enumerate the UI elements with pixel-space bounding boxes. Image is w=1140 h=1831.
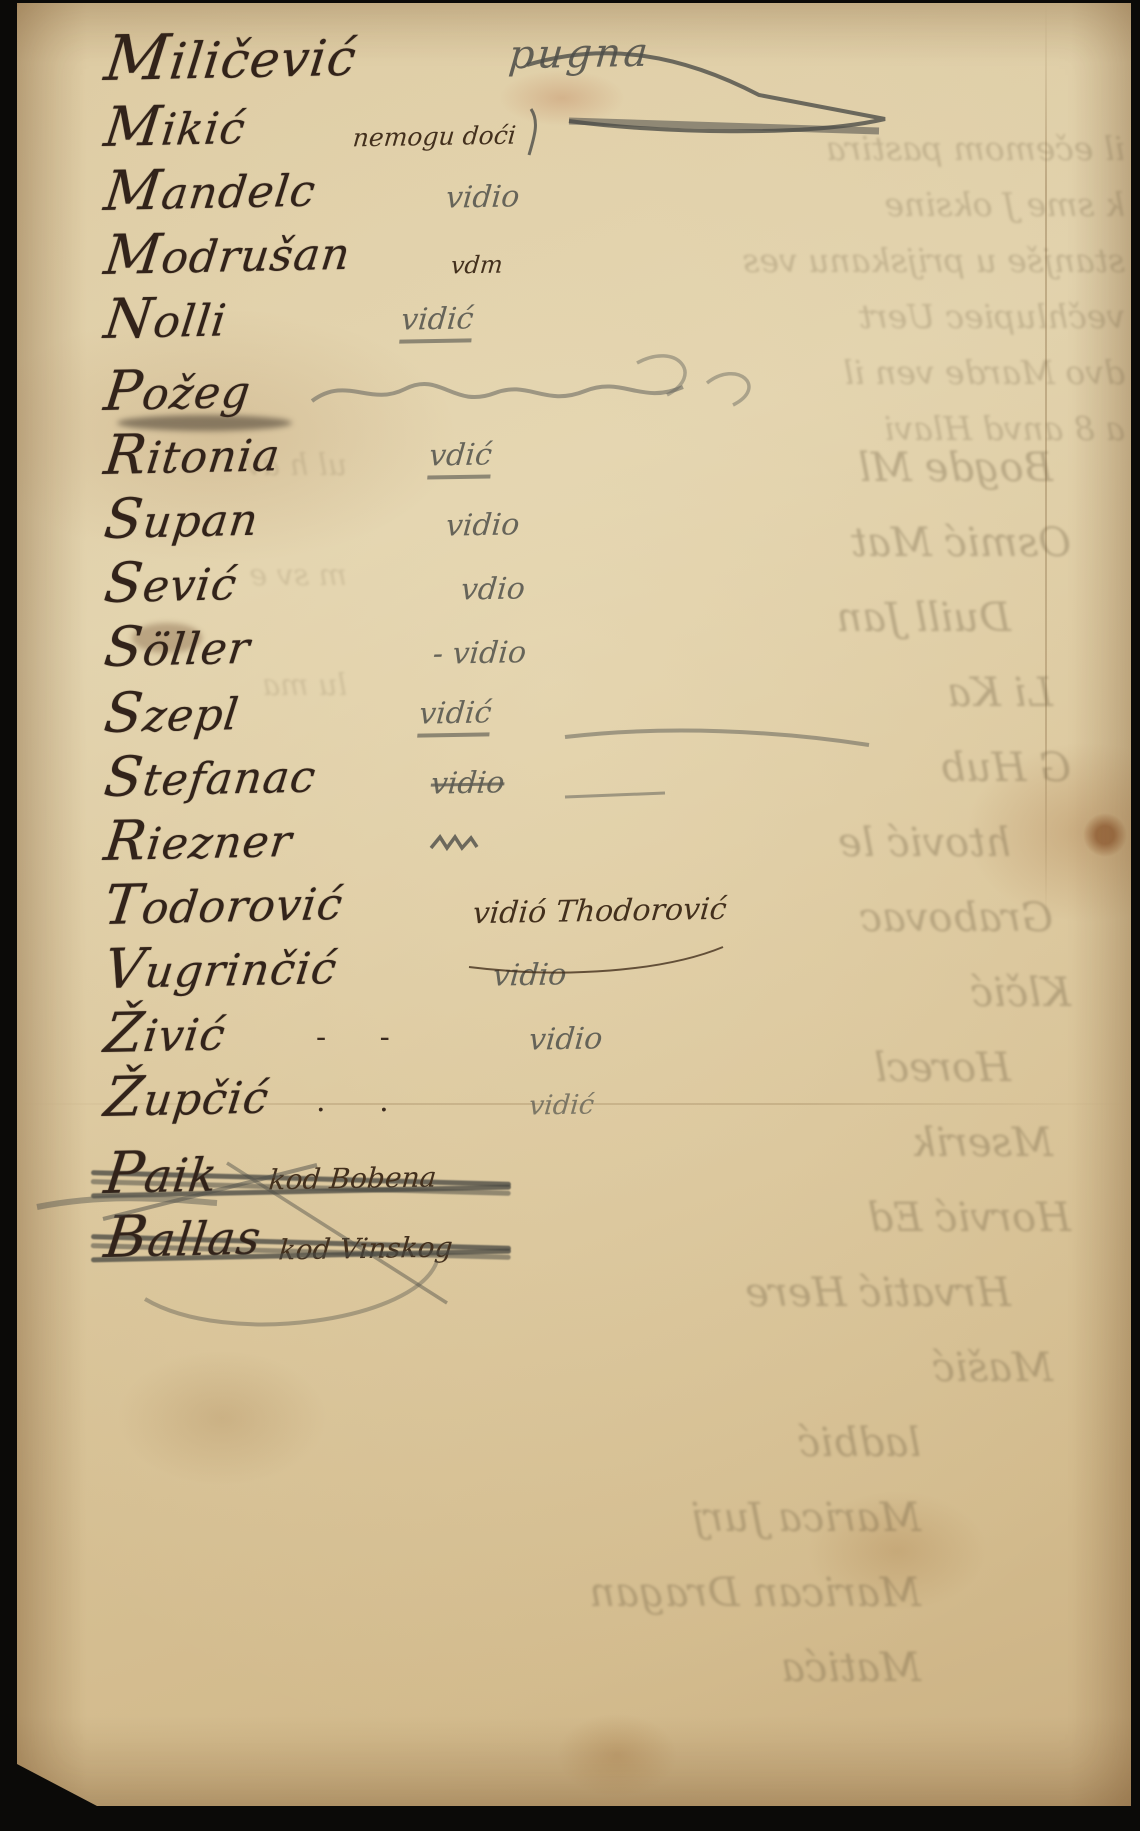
surname-text: Živić [101,998,230,1065]
roster-row: Stefanacvidio [101,749,861,813]
roster-row: Požeg [101,355,861,427]
manuscript-scan: il ečemom pastirak sme J oksinestanjše u… [0,0,1140,1831]
surname-text: Paik [101,1138,222,1207]
roster-row: Supanvidio [101,491,861,555]
roster-row: Župčić. .vidić [101,1069,861,1133]
manuscript-page: il ečemom pastirak sme J oksinestanjše u… [17,3,1131,1806]
roster-row: Vugrinčićvidio [101,941,861,1005]
annotation-text: - vidio [431,635,527,672]
surname-text: Ritonia [101,419,284,487]
roster-row: Szeplvidić [101,683,861,749]
roster-row: Modrušanvdm [101,227,861,291]
annotation-text: kod Bobena [267,1161,437,1197]
annotation-text: vidić [417,695,493,737]
annotation-text: vidió Thodorović [471,892,728,931]
surname-text: Modrušan [101,218,355,287]
annotation-text: vdio [459,571,526,607]
surname-text: Stefanac [101,741,320,809]
bleedthrough-line: Marican Dragan [641,1556,921,1631]
name-suffix-dashes: - - [316,1020,412,1055]
surname-text: Söller [101,612,254,679]
annotation-text: nemogu doći [352,121,518,153]
surname-text: Szepl [101,678,243,745]
surname-text: Župčić [101,1062,273,1129]
annotation-text: vdić [427,437,493,479]
surname-text: Mandelc [101,155,320,223]
roster-list: MiličevićpugnaMikićnemogu doćiMandelcvid… [101,19,861,1275]
annotation-text: vidio [444,179,521,215]
surname-text: Todorović [101,868,347,937]
roster-row: Todorovićvidió Thodorović [101,877,861,941]
roster-row: Ritoniavdić [101,427,861,491]
surname-text: Miličević [101,17,361,95]
roster-row: Živić- -vidio [101,1005,861,1069]
page-edge-sliver [4,0,17,1803]
bleedthrough-line: Mašić [641,1331,1053,1406]
surname-text: Ballas [101,1201,266,1271]
torn-corner [17,1764,97,1806]
roster-row: Mikićnemogu doći [101,99,861,163]
roster-row: Söller- vidio [101,619,861,683]
roster-row: Riezner [101,813,861,877]
surname-text: Vugrinčić [101,932,341,1001]
bleedthrough-line: Marica Jurj [641,1481,921,1556]
bleedthrough-line: ladbić [641,1406,921,1481]
name-suffix-dashes: . . [316,1084,411,1119]
annotation-text: vidić [528,1089,596,1121]
annotation-text: pugna [507,30,653,78]
surname-text: Sević [101,548,241,615]
annotation-text: vdm [450,251,504,280]
roster-row: Nollividić [101,291,861,355]
annotation-text: kod Vinskog [277,1230,454,1266]
vertical-crease [1045,3,1047,923]
surname-text: Požeg [101,356,255,423]
roster-row: Sevićvdio [101,555,861,619]
annotation-text: vidio [429,765,506,801]
annotation-text: vidio [444,507,521,543]
surname-text: Mikić [101,92,250,159]
roster-row: Miličevićpugna [101,19,861,99]
surname-text: Riezner [101,805,296,873]
surname-text: Nolli [101,284,231,351]
roster-row: Mandelcvidio [101,163,861,227]
annotation-text: vidio [527,1021,604,1057]
roster-row: Ballaskod Vinskog [101,1211,861,1275]
annotation-text: vidio [491,957,568,993]
bleedthrough-line: Matića [641,1631,921,1706]
surname-text: Supan [101,484,263,551]
annotation-text: vidić [399,301,475,343]
